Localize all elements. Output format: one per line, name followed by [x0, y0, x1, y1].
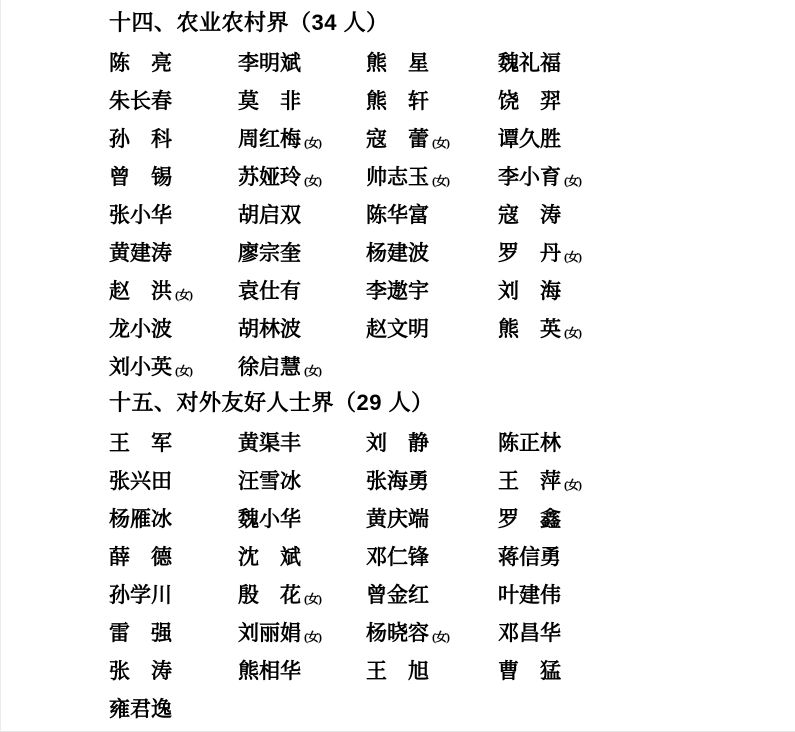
person-name: 谭久胜 — [498, 120, 785, 158]
person-name: 李小育(女) — [498, 158, 785, 196]
person-name: 黄建涛 — [109, 234, 238, 272]
person-name: 孙学川 — [109, 576, 238, 614]
person-name: 魏礼福 — [498, 44, 785, 82]
person-name: 李明斌 — [238, 44, 366, 82]
person-name-text: 魏小华 — [238, 507, 301, 531]
person-name: 曾 锡 — [109, 158, 238, 196]
person-name-text: 孙学川 — [109, 583, 172, 607]
person-name-text: 赵 洪 — [109, 279, 172, 303]
person-name: 龙小波 — [109, 310, 238, 348]
person-name: 叶建伟 — [498, 576, 785, 614]
female-marker: (女) — [304, 359, 321, 383]
person-name-text: 刘 海 — [498, 279, 561, 303]
person-name-text: 熊 英 — [498, 317, 561, 341]
person-name-text: 胡林波 — [238, 317, 301, 341]
person-name: 王 旭 — [366, 652, 498, 690]
person-name-text: 曾 锡 — [109, 165, 172, 189]
person-name-text: 陈 亮 — [109, 51, 172, 75]
person-name: 王 军 — [109, 424, 238, 462]
person-name: 刘丽娟(女) — [238, 614, 366, 652]
person-name-text: 寇 涛 — [498, 203, 561, 227]
person-name: 雷 强 — [109, 614, 238, 652]
person-name: 熊 星 — [366, 44, 498, 82]
person-name-text: 杨雁冰 — [109, 507, 172, 531]
person-name-text: 胡启双 — [238, 203, 301, 227]
person-name: 寇 蕾(女) — [366, 120, 498, 158]
person-name: 张 涛 — [109, 652, 238, 690]
person-name-text: 雷 强 — [109, 621, 172, 645]
person-name: 赵 洪(女) — [109, 272, 238, 310]
person-name: 陈华富 — [366, 196, 498, 234]
person-name-text: 张 涛 — [109, 659, 172, 683]
person-name-text: 叶建伟 — [498, 583, 561, 607]
person-name: 杨建波 — [366, 234, 498, 272]
person-name-text: 魏礼福 — [498, 51, 561, 75]
person-name-text: 寇 蕾 — [366, 127, 429, 151]
person-name-text: 龙小波 — [109, 317, 172, 341]
person-name: 陈 亮 — [109, 44, 238, 82]
person-name: 刘 海 — [498, 272, 785, 310]
person-name-text: 邓仁锋 — [366, 545, 429, 569]
person-name-text: 王 旭 — [366, 659, 429, 683]
person-name-text: 薛 德 — [109, 545, 172, 569]
name-roster: 十四、农业农村界（34 人）陈 亮李明斌熊 星魏礼福朱长春莫 非熊 轩饶 羿孙 … — [109, 6, 785, 728]
person-name: 孙 科 — [109, 120, 238, 158]
person-name-text: 罗 鑫 — [498, 507, 561, 531]
person-name: 饶 羿 — [498, 82, 785, 120]
person-name: 魏小华 — [238, 500, 366, 538]
female-marker: (女) — [432, 131, 449, 155]
person-name-text: 谭久胜 — [498, 127, 561, 151]
person-name: 罗 鑫 — [498, 500, 785, 538]
person-name: 刘 静 — [366, 424, 498, 462]
person-name: 沈 斌 — [238, 538, 366, 576]
person-name: 廖宗奎 — [238, 234, 366, 272]
person-name-text: 杨建波 — [366, 241, 429, 265]
person-name-text: 莫 非 — [238, 89, 301, 113]
person-name-text: 李遨宇 — [366, 279, 429, 303]
person-name: 周红梅(女) — [238, 120, 366, 158]
name-list: 陈 亮李明斌熊 星魏礼福朱长春莫 非熊 轩饶 羿孙 科周红梅(女)寇 蕾(女)谭… — [109, 44, 785, 386]
person-name: 帅志玉(女) — [366, 158, 498, 196]
person-name-text: 殷 花 — [238, 583, 301, 607]
person-name: 熊 英(女) — [498, 310, 785, 348]
person-name-text: 孙 科 — [109, 127, 172, 151]
person-name: 黄渠丰 — [238, 424, 366, 462]
person-name: 邓仁锋 — [366, 538, 498, 576]
person-name-text: 刘小英 — [109, 355, 172, 379]
person-name-text: 邓昌华 — [498, 621, 561, 645]
name-list: 王 军黄渠丰刘 静陈正林张兴田汪雪冰张海勇王 萍(女)杨雁冰魏小华黄庆端罗 鑫薛… — [109, 424, 785, 728]
person-name-text: 罗 丹 — [498, 241, 561, 265]
person-name-text: 饶 羿 — [498, 89, 561, 113]
person-name: 杨雁冰 — [109, 500, 238, 538]
person-name-text: 帅志玉 — [366, 165, 429, 189]
person-name-text: 沈 斌 — [238, 545, 301, 569]
person-name: 黄庆端 — [366, 500, 498, 538]
female-marker: (女) — [432, 625, 449, 649]
person-name: 张兴田 — [109, 462, 238, 500]
person-name-text: 熊相华 — [238, 659, 301, 683]
person-name-text: 张小华 — [109, 203, 172, 227]
female-marker: (女) — [304, 169, 321, 193]
female-marker: (女) — [304, 131, 321, 155]
person-name: 胡林波 — [238, 310, 366, 348]
person-name-text: 张兴田 — [109, 469, 172, 493]
person-name: 曹 猛 — [498, 652, 785, 690]
person-name-text: 雍君逸 — [109, 697, 172, 721]
person-name: 刘小英(女) — [109, 348, 238, 386]
person-name: 胡启双 — [238, 196, 366, 234]
person-name-text: 周红梅 — [238, 127, 301, 151]
section-title: 十五、对外友好人士界（29 人） — [109, 386, 785, 420]
person-name: 蒋信勇 — [498, 538, 785, 576]
person-name: 罗 丹(女) — [498, 234, 785, 272]
person-name: 邓昌华 — [498, 614, 785, 652]
person-name: 袁仕有 — [238, 272, 366, 310]
person-name-text: 徐启慧 — [238, 355, 301, 379]
person-name-text: 黄渠丰 — [238, 431, 301, 455]
person-name: 曾金红 — [366, 576, 498, 614]
person-name-text: 刘 静 — [366, 431, 429, 455]
person-name: 王 萍(女) — [498, 462, 785, 500]
person-name: 雍君逸 — [109, 690, 238, 728]
section-title: 十四、农业农村界（34 人） — [109, 6, 785, 40]
person-name-text: 袁仕有 — [238, 279, 301, 303]
female-marker: (女) — [564, 473, 581, 497]
person-name: 寇 涛 — [498, 196, 785, 234]
person-name-text: 曾金红 — [366, 583, 429, 607]
person-name-text: 熊 星 — [366, 51, 429, 75]
person-name-text: 黄建涛 — [109, 241, 172, 265]
person-name: 张海勇 — [366, 462, 498, 500]
person-name-text: 李小育 — [498, 165, 561, 189]
person-name: 熊 轩 — [366, 82, 498, 120]
person-name: 张小华 — [109, 196, 238, 234]
person-name-text: 李明斌 — [238, 51, 301, 75]
female-marker: (女) — [432, 169, 449, 193]
person-name: 杨晓容(女) — [366, 614, 498, 652]
person-name-text: 熊 轩 — [366, 89, 429, 113]
female-marker: (女) — [304, 587, 321, 611]
female-marker: (女) — [304, 625, 321, 649]
person-name-text: 朱长春 — [109, 89, 172, 113]
person-name-text: 蒋信勇 — [498, 545, 561, 569]
person-name: 汪雪冰 — [238, 462, 366, 500]
person-name: 苏娅玲(女) — [238, 158, 366, 196]
person-name: 陈正林 — [498, 424, 785, 462]
female-marker: (女) — [175, 283, 192, 307]
person-name-text: 苏娅玲 — [238, 165, 301, 189]
person-name-text: 廖宗奎 — [238, 241, 301, 265]
person-name-text: 王 萍 — [498, 469, 561, 493]
roster-section: 十四、农业农村界（34 人）陈 亮李明斌熊 星魏礼福朱长春莫 非熊 轩饶 羿孙 … — [109, 6, 785, 386]
person-name-text: 黄庆端 — [366, 507, 429, 531]
person-name: 赵文明 — [366, 310, 498, 348]
person-name-text: 刘丽娟 — [238, 621, 301, 645]
person-name: 殷 花(女) — [238, 576, 366, 614]
person-name-text: 王 军 — [109, 431, 172, 455]
person-name-text: 曹 猛 — [498, 659, 561, 683]
female-marker: (女) — [564, 245, 581, 269]
person-name: 莫 非 — [238, 82, 366, 120]
person-name: 朱长春 — [109, 82, 238, 120]
female-marker: (女) — [175, 359, 192, 383]
person-name-text: 赵文明 — [366, 317, 429, 341]
person-name: 李遨宇 — [366, 272, 498, 310]
person-name-text: 陈华富 — [366, 203, 429, 227]
female-marker: (女) — [564, 321, 581, 345]
person-name: 熊相华 — [238, 652, 366, 690]
person-name: 徐启慧(女) — [238, 348, 366, 386]
document-page: 十四、农业农村界（34 人）陈 亮李明斌熊 星魏礼福朱长春莫 非熊 轩饶 羿孙 … — [0, 0, 795, 732]
female-marker: (女) — [564, 169, 581, 193]
person-name-text: 汪雪冰 — [238, 469, 301, 493]
person-name-text: 张海勇 — [366, 469, 429, 493]
person-name-text: 杨晓容 — [366, 621, 429, 645]
person-name-text: 陈正林 — [498, 431, 561, 455]
person-name: 薛 德 — [109, 538, 238, 576]
roster-section: 十五、对外友好人士界（29 人）王 军黄渠丰刘 静陈正林张兴田汪雪冰张海勇王 萍… — [109, 386, 785, 728]
